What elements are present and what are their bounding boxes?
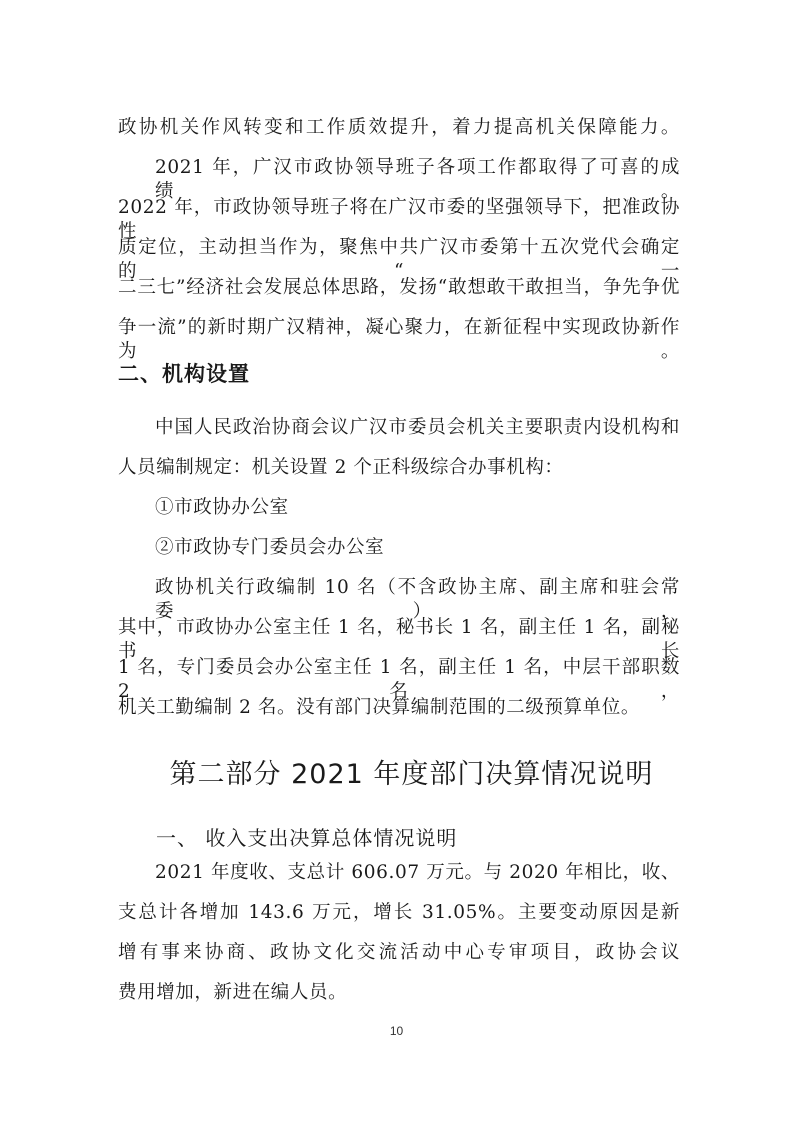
- section-heading-income-expense: 一、 收入支出决算总体情况说明: [156, 822, 457, 851]
- paragraph-line: 中国人民政治协商会议广汉市委员会机关主要职责内设机构和: [155, 416, 680, 440]
- paragraph-line: 争一流”的新时期广汉精神，凝心聚力，在新征程中实现政协新作为。: [118, 316, 680, 364]
- paragraph-line: 支总计各增加 143.6 万元，增长 31.05%。主要变动原因是新: [118, 901, 680, 925]
- paragraph-line: 2021 年度收、支总计 606.07 万元。与 2020 年相比，收、: [155, 861, 680, 885]
- paragraph-line: 费用增加，新进在编人员。: [118, 981, 680, 1005]
- paragraph-line: 机关工勤编制 2 名。没有部门决算编制范围的二级预算单位。: [118, 696, 680, 720]
- office-list-item: ②市政协专门委员会办公室: [155, 536, 680, 560]
- part-title: 第二部分 2021 年度部门决算情况说明: [0, 752, 793, 791]
- office-list-item: ①市政协办公室: [155, 496, 680, 520]
- paragraph-line: 二三七”经济社会发展总体思路，发扬“敢想敢干敢担当，争先争优: [118, 276, 680, 300]
- paragraph-line: 增有事来协商、政协文化交流活动中心专审项目，政协会议: [118, 941, 680, 965]
- paragraph-line: 人员编制规定：机关设置 2 个正科级综合办事机构：: [118, 456, 680, 480]
- page-number: 10: [0, 1024, 793, 1038]
- paragraph-line: 政协机关作风转变和工作质效提升，着力提高机关保障能力。: [118, 116, 680, 140]
- section-heading-organization: 二、机构设置: [118, 358, 250, 388]
